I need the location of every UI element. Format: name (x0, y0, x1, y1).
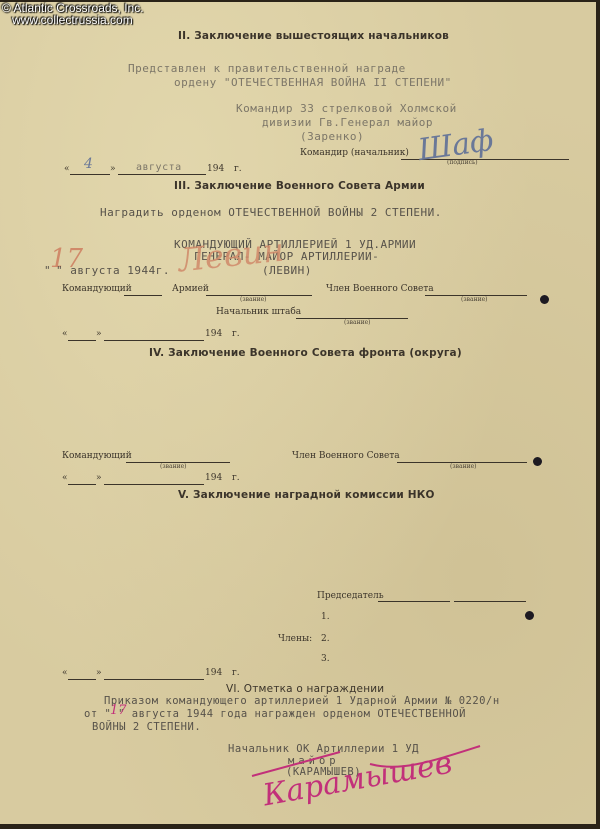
section-5-date-blank-year: 194 (205, 668, 222, 678)
section-2-date-day: 4 (84, 156, 93, 172)
section-6-order-day: 17 (110, 703, 127, 718)
section-3-date-day-line (68, 340, 96, 341)
award-document-page: © Atlantic Crossroads, Inc. www.collectr… (0, 2, 596, 824)
section-3-date-blank-close: » (96, 329, 102, 339)
army-council-rank-caption: (звание) (461, 296, 487, 303)
section-6-order-line-1: Приказом командующего артиллерией 1 Удар… (104, 695, 500, 707)
member-1: 1. (321, 612, 330, 622)
section-6-header: VI. Отметка о награждении (226, 683, 384, 695)
section-3-date-blank-open: « (62, 329, 68, 339)
section-5-date-day-line (68, 679, 96, 680)
signature-flourish-icon (250, 742, 490, 782)
chairman-line-1 (378, 601, 450, 602)
chairman-label: Председатель (317, 591, 384, 601)
section-3-date-typed: " августа 1944г. (56, 264, 170, 277)
chairman-line-2 (454, 601, 526, 602)
front-council-member-label: Член Военного Совета (292, 451, 400, 461)
army-rank-caption: (звание) (240, 296, 266, 303)
front-commander-rank-caption: (звание) (160, 463, 186, 470)
section-2-header: II. Заключение вышестоящих начальников (178, 30, 449, 42)
section-3-header: III. Заключение Военного Совета Армии (174, 180, 425, 192)
front-council-rank-caption: (звание) (450, 463, 476, 470)
section-4-date-month-line (104, 484, 204, 485)
watermark-url: www.collectrussia.com (12, 14, 133, 26)
section-2-typed-line-1: Представлен к правительственной награде (128, 62, 406, 75)
punch-hole (540, 295, 549, 304)
section-5-date-blank-open: « (62, 668, 68, 678)
section-3-date-month-line (104, 340, 204, 341)
section-4-date-blank-close: » (96, 473, 102, 483)
section-5-header: V. Заключение наградной комиссии НКО (178, 489, 435, 501)
section-2-date-open-quote: « (64, 164, 70, 174)
commander-label: Командир (начальник) (300, 148, 409, 158)
chief-of-staff-rank-caption: (звание) (344, 319, 370, 326)
section-4-date-day-line (68, 484, 96, 485)
army-commander-label: Командующий (62, 284, 132, 294)
section-3-date-blank-year: 194 (205, 329, 222, 339)
section-2-date-year: 194 (207, 164, 224, 174)
section-6-order-line-3: ВОЙНЫ 2 СТЕПЕНИ. (92, 721, 201, 733)
section-4-date-blank-suffix: г. (232, 473, 240, 483)
section-2-date-close-quote: » (110, 164, 116, 174)
section-5-date-blank-close: » (96, 668, 102, 678)
front-commander-label: Командующий (62, 451, 132, 461)
section-3-decision: Наградить орденом ОТЕЧЕСТВЕННОЙ ВОЙНЫ 2 … (100, 206, 442, 219)
section-4-date-blank-open: « (62, 473, 68, 483)
chief-of-staff-label: Начальник штаба (216, 307, 301, 317)
section-6-order-line-2: от " " августа 1944 года награжден орден… (84, 708, 466, 720)
section-2-typed-line-2: ордену "ОТЕЧЕСТВЕННАЯ ВОЙНА II СТЕПЕНИ" (174, 76, 452, 89)
punch-hole (525, 611, 534, 620)
section-5-date-blank-suffix: г. (232, 668, 240, 678)
section-2-date-suffix: г. (234, 164, 242, 174)
army-commander-line (124, 295, 162, 296)
section-2-date-month: августа (136, 162, 182, 173)
section-2-typed-line-5: (Заренко) (300, 130, 364, 143)
member-3: 3. (321, 654, 330, 664)
commander-signature: Шаф (416, 123, 496, 168)
section-4-date-blank-year: 194 (205, 473, 222, 483)
punch-hole (533, 457, 542, 466)
section-3-date-blank-suffix: г. (232, 329, 240, 339)
section-4-header: IV. Заключение Военного Совета фронта (о… (149, 347, 462, 359)
members-label: Члены: (278, 634, 312, 644)
section-2-date-month-line (118, 174, 206, 175)
section-2-typed-line-4: дивизии Гв.Генерал майор (262, 116, 433, 129)
section-2-date-day-line (70, 174, 110, 175)
army-council-member-label: Член Военного Совета (326, 284, 434, 294)
section-2-typed-line-3: Командир 33 стрелковой Холмской (236, 102, 457, 115)
member-2: 2. (321, 634, 330, 644)
section-5-date-month-line (104, 679, 204, 680)
army-label: Армией (172, 284, 209, 294)
